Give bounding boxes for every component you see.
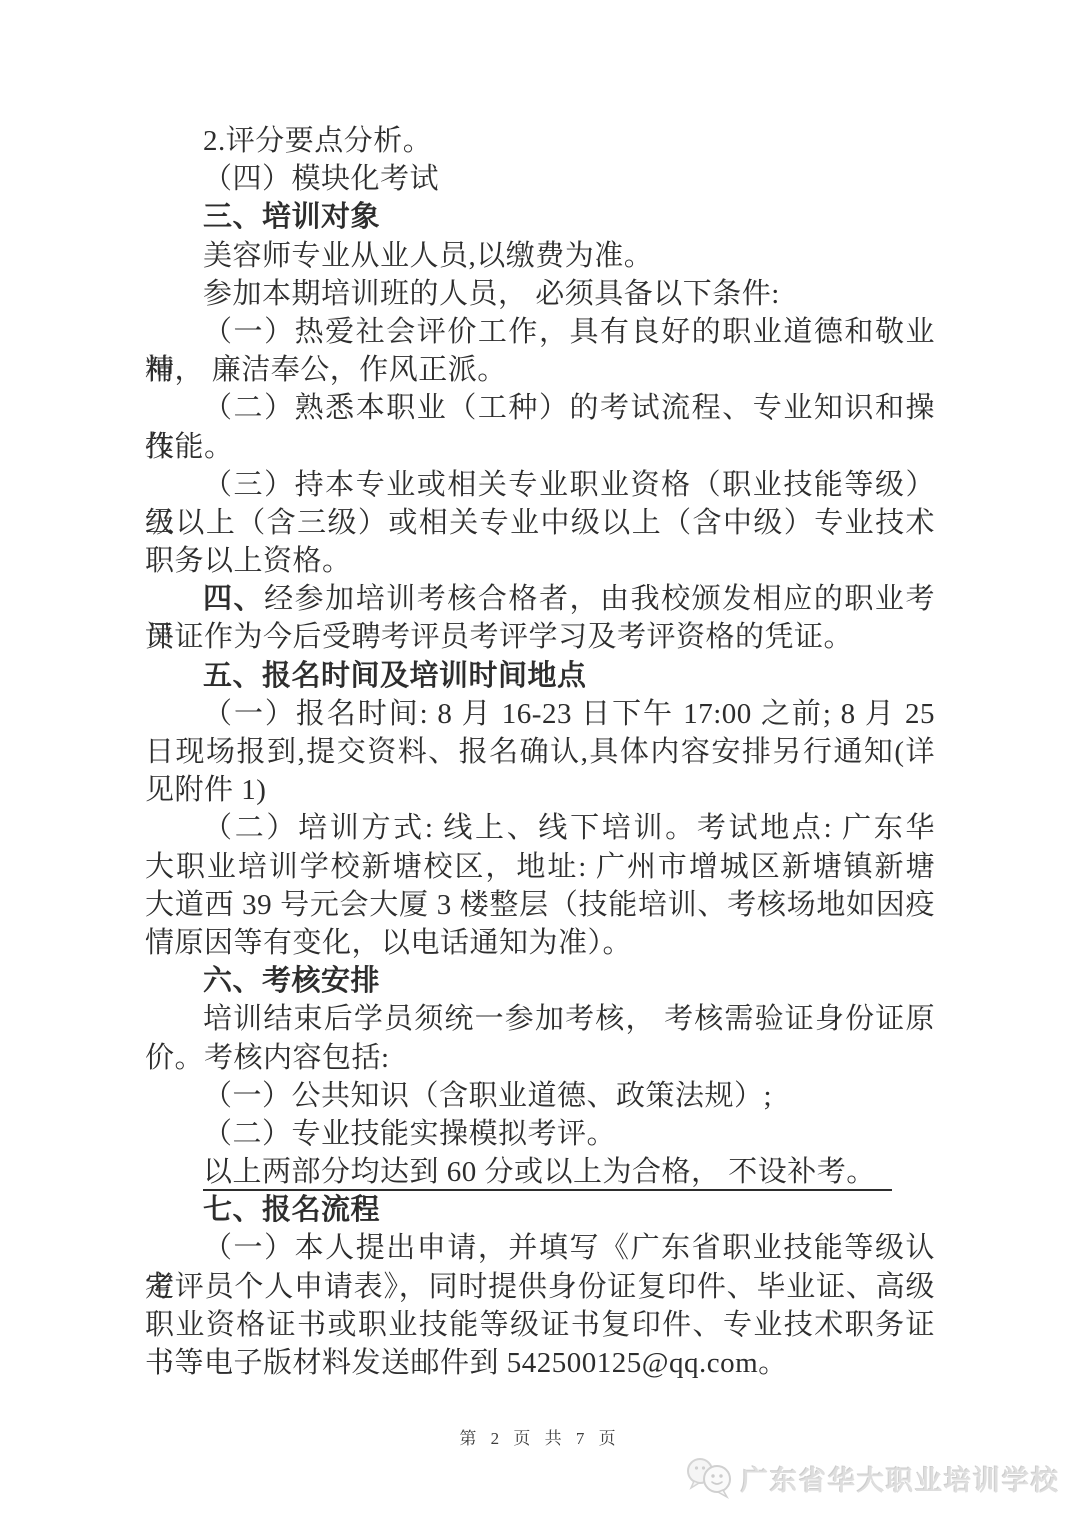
line-text: 员证作为今后受聘考评员考评学习及考评资格的凭证。 — [145, 621, 853, 653]
text-line: 技能。 — [145, 428, 935, 466]
line-text: （一）公共知识（含职业道德、政策法规）; — [203, 1080, 772, 1112]
text-line: （一）报名时间: 8 月 16-23 日下午 17:00 之前; 8 月 25 — [145, 695, 935, 733]
text-line: （一）热爱社会评价工作，具有良好的职业道德和敬业精 — [145, 313, 935, 351]
section-heading: 三、培训对象 — [145, 198, 935, 236]
line-text: 2.评分要点分析。 — [203, 125, 432, 157]
text-line: 参加本期培训班的人员， 必须具备以下条件: — [145, 275, 935, 313]
line-text: 五、报名时间及培训时间地点 — [203, 660, 587, 692]
text-line: （一）公共知识（含职业道德、政策法规）; — [145, 1077, 935, 1115]
watermark: 广东省华大职业培训学校 — [685, 1454, 1060, 1502]
section-heading: 六、考核安排 — [145, 962, 935, 1000]
line-text: 级以上（含三级）或相关专业中级以上（含中级）专业技术 — [145, 507, 935, 539]
page-footer: 第 2 页 共 7 页 — [0, 1424, 1080, 1449]
text-line: 大职业培训学校新塘校区，地址: 广州市增城区新塘镇新塘 — [145, 848, 935, 886]
text-line: （一）本人提出申请，并填写《广东省职业技能等级认定 — [145, 1229, 935, 1267]
text-line: 日现场报到,提交资料、报名确认,具体内容安排另行通知(详 — [145, 733, 935, 771]
text-line: 职业资格证书或职业技能等级证书复印件、专业技术职务证 — [145, 1306, 935, 1344]
line-text: 见附件 1) — [145, 774, 266, 806]
line-text: 考评员个人申请表》，同时提供身份证复印件、毕业证、高级 — [145, 1271, 935, 1303]
line-text: 美容师专业从业人员,以缴费为准。 — [203, 240, 653, 272]
text-line: 级以上（含三级）或相关专业中级以上（含中级）专业技术 — [145, 504, 935, 542]
line-text: 培训结束后学员须统一参加考核， 考核需验证身份证原 — [203, 1003, 935, 1035]
text-line: （二）专业技能实操模拟考评。 — [145, 1115, 935, 1153]
line-text: 职务以上资格。 — [145, 545, 352, 577]
document-page: 2.评分要点分析。（四）模块化考试三、培训对象美容师专业从业人员,以缴费为准。参… — [0, 0, 1080, 1527]
text-line: 考评员个人申请表》，同时提供身份证复印件、毕业证、高级 — [145, 1268, 935, 1306]
section-number-prefix: 四、 — [203, 583, 264, 615]
section-heading: 五、报名时间及培训时间地点 — [145, 657, 935, 695]
line-text: 以上两部分均达到 60 分或以上为合格， 不设补考。 — [203, 1156, 892, 1191]
line-text: 参加本期培训班的人员， 必须具备以下条件: — [203, 278, 780, 310]
line-text: 三、培训对象 — [203, 201, 380, 233]
chat-bubbles-icon — [685, 1454, 737, 1502]
text-line: （三）持本专业或相关专业职业资格（职业技能等级）三 — [145, 466, 935, 504]
text-line: 员证作为今后受聘考评员考评学习及考评资格的凭证。 — [145, 618, 935, 656]
line-text: 书等电子版材料发送邮件到 542500125@qq.com。 — [145, 1347, 788, 1379]
text-line: 情原因等有变化，以电话通知为准）。 — [145, 924, 935, 962]
line-text: （一）报名时间: 8 月 16-23 日下午 17:00 之前; 8 月 25 — [203, 698, 935, 730]
section-heading: 七、报名流程 — [145, 1191, 935, 1229]
text-line: 大道西 39 号元会大厦 3 楼整层（技能培训、考核场地如因疫 — [145, 886, 935, 924]
line-text: （二）培训方式: 线上、线下培训。考试地点: 广东华 — [203, 812, 935, 844]
line-text: 六、考核安排 — [203, 965, 380, 997]
line-text: 神， 廉洁奉公，作风正派。 — [145, 354, 507, 386]
line-text: 情原因等有变化，以电话通知为准）。 — [145, 927, 632, 959]
line-text: 职业资格证书或职业技能等级证书复印件、专业技术职务证 — [145, 1309, 935, 1341]
text-line: 职务以上资格。 — [145, 542, 935, 580]
line-text: 大道西 39 号元会大厦 3 楼整层（技能培训、考核场地如因疫 — [145, 889, 935, 921]
text-line: （四）模块化考试 — [145, 160, 935, 198]
watermark-text: 广东省华大职业培训学校 — [741, 1459, 1060, 1498]
line-text: 技能。 — [145, 431, 234, 463]
text-line: （二）熟悉本职业（工种）的考试流程、专业知识和操作 — [145, 389, 935, 427]
text-line: 见附件 1) — [145, 771, 935, 809]
page-number: 第 2 页 共 7 页 — [459, 1429, 620, 1448]
line-text: 大职业培训学校新塘校区，地址: 广州市增城区新塘镇新塘 — [145, 851, 935, 883]
text-line: 培训结束后学员须统一参加考核， 考核需验证身份证原 — [145, 1000, 935, 1038]
text-line: 四、经参加培训考核合格者，由我校颁发相应的职业考评 — [145, 580, 935, 618]
text-line: 以上两部分均达到 60 分或以上为合格， 不设补考。 — [145, 1153, 935, 1191]
text-line: 价。考核内容包括: — [145, 1039, 935, 1077]
document-body: 2.评分要点分析。（四）模块化考试三、培训对象美容师专业从业人员,以缴费为准。参… — [145, 122, 935, 1382]
line-text: 日现场报到,提交资料、报名确认,具体内容安排另行通知(详 — [145, 736, 935, 768]
text-line: 神， 廉洁奉公，作风正派。 — [145, 351, 935, 389]
text-line: （二）培训方式: 线上、线下培训。考试地点: 广东华 — [145, 809, 935, 847]
text-line: 美容师专业从业人员,以缴费为准。 — [145, 237, 935, 275]
line-text: （四）模块化考试 — [203, 163, 439, 195]
text-line: 2.评分要点分析。 — [145, 122, 935, 160]
line-text: （二）专业技能实操模拟考评。 — [203, 1118, 616, 1150]
line-text: 价。考核内容包括: — [145, 1042, 390, 1074]
line-text: 七、报名流程 — [203, 1194, 380, 1226]
text-line: 书等电子版材料发送邮件到 542500125@qq.com。 — [145, 1344, 935, 1382]
